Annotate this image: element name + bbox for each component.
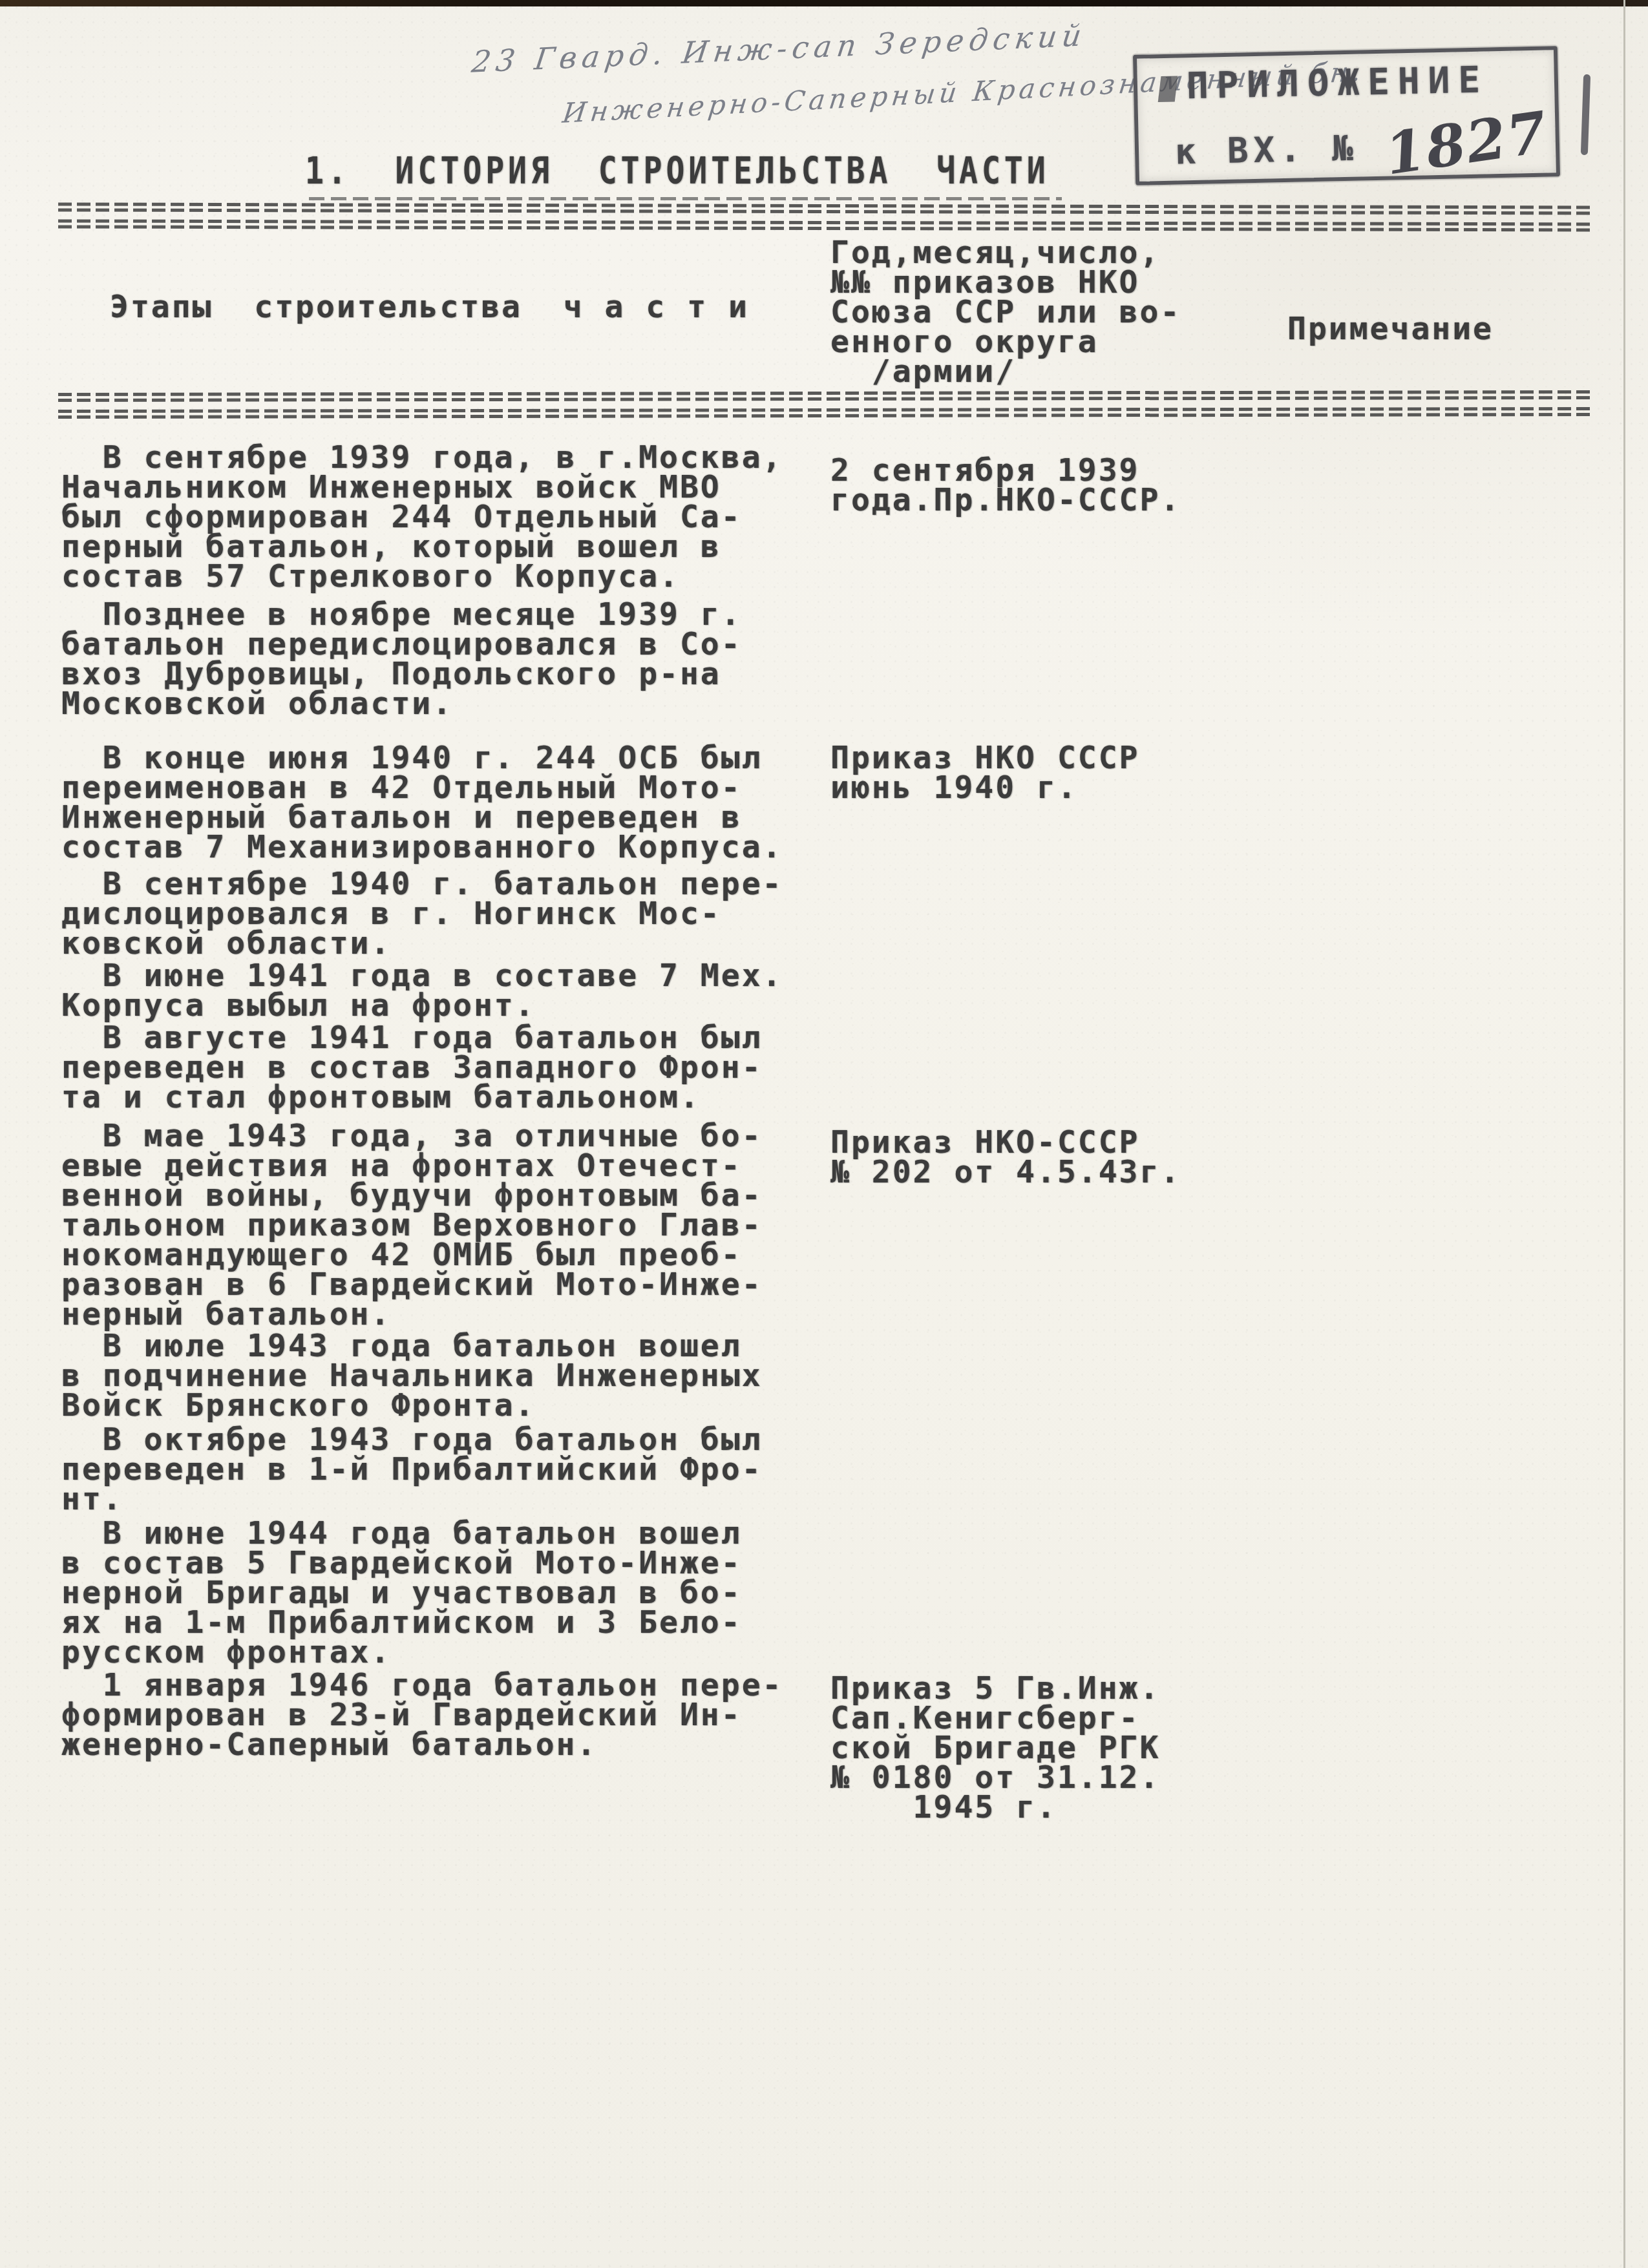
text-line: нокомандующего 42 ОМИБ был преоб-: [61, 1240, 763, 1270]
order-note-1945: Приказ 5 Гв.Инж.Сап.Кенигсберг-ской Бриг…: [830, 1674, 1160, 1822]
text-line: та и стал фронтовым батальоном.: [61, 1082, 763, 1112]
text-line: енного округа: [830, 327, 1181, 357]
text-line: В мае 1943 года, за отличные бо-: [61, 1121, 763, 1151]
text-line: батальон передислоцировался в Со-: [61, 629, 742, 659]
text-line: Корпуса выбыл на фронт.: [61, 991, 783, 1020]
text-line: июнь 1940 г.: [830, 773, 1139, 803]
text-line: в состав 5 Гвардейской Мото-Инже-: [61, 1548, 742, 1578]
stage-paragraph-1939-redeploy: Позднее в ноябре месяце 1939 г.батальон …: [61, 600, 742, 719]
text-line: нерный батальон.: [61, 1299, 763, 1329]
text-line: Приказ 5 Гв.Инж.: [830, 1674, 1160, 1703]
text-line: В июне 1944 года батальон вошел: [61, 1518, 742, 1548]
order-note-1940: Приказ НКО СССРиюнь 1940 г.: [830, 743, 1139, 803]
text-line: Инженерный батальон и переведен в: [61, 803, 783, 832]
text-line: состав 57 Стрелкового Корпуса.: [61, 562, 783, 591]
text-line: Московской области.: [61, 689, 742, 719]
text-line: нерной Бригады и участвовал в бо-: [61, 1578, 742, 1608]
text-line: № 0180 от 31.12.: [830, 1763, 1160, 1792]
text-line: Союза ССР или во-: [830, 297, 1181, 327]
stage-paragraph-1940-rename: В конце июня 1940 г. 244 ОСБ былпереимен…: [61, 743, 783, 862]
column-header-stages: Этапы строительства ч а с т и: [110, 292, 749, 322]
handwritten-annotation-line1: 23 Гвард. Инж-сап Зередский: [470, 17, 1089, 79]
text-line: дислоцировался в г. Ногинск Мос-: [61, 899, 783, 929]
text-line: В октябре 1943 года батальон был: [61, 1425, 763, 1454]
column-header-orders: Год,месяц,число,№№ приказов НКОСоюза ССР…: [830, 238, 1181, 386]
text-line: состав 7 Механизированного Корпуса.: [61, 832, 783, 862]
text-line: Начальником Инженерных войск МВО: [61, 472, 783, 502]
text-line: переименован в 42 Отдельный Мото-: [61, 773, 783, 803]
text-line: ях на 1-м Прибалтийском и 3 Бело-: [61, 1608, 742, 1637]
text-line: № 202 от 4.5.43г.: [830, 1157, 1181, 1187]
text-line: вхоз Дубровицы, Подольского р-на: [61, 659, 742, 689]
text-line: ковской области.: [61, 929, 783, 958]
stage-paragraph-1944-brigade: В июне 1944 года батальон вошелв состав …: [61, 1518, 742, 1667]
text-line: ской Бригаде РГК: [830, 1733, 1160, 1763]
text-line: формирован в 23-й Гвардейский Ин-: [61, 1700, 783, 1730]
text-line: В июне 1941 года в составе 7 Мех.: [61, 961, 783, 991]
text-line: венной войны, будучи фронтовым ба-: [61, 1181, 763, 1210]
text-line: 1945 г.: [830, 1792, 1160, 1822]
text-line: русском фронтах.: [61, 1637, 742, 1667]
text-line: В июле 1943 года батальон вошел: [61, 1331, 763, 1361]
text-line: женерно-Саперный батальон.: [61, 1730, 783, 1759]
separator-rule-header: [58, 390, 1593, 419]
text-line: года.Пр.НКО-СССР.: [830, 485, 1181, 515]
stage-paragraph-1941-western-front: В августе 1941 года батальон былпереведе…: [61, 1023, 763, 1112]
separator-rule-top: [58, 203, 1593, 232]
text-line: разован в 6 Гвардейский Мото-Инже-: [61, 1270, 763, 1299]
text-line: переведен в 1-й Прибалтийский Фро-: [61, 1454, 763, 1484]
scan-edge-strip: [0, 0, 1648, 6]
text-line: В сентябре 1939 года, в г.Москва,: [61, 443, 783, 472]
stamp-number-handwritten: 1827: [1381, 98, 1552, 188]
pen-mark: [1581, 74, 1590, 155]
stamp-prefix: к ВХ. №: [1174, 128, 1358, 173]
column-header-notes: Примечание: [1287, 314, 1494, 344]
text-line: В конце июня 1940 г. 244 ОСБ был: [61, 743, 783, 773]
stamp-number-line: к ВХ. № 1827: [1174, 102, 1556, 177]
text-line: /армии/: [830, 357, 1181, 386]
stamp-blotch-mark: [1158, 76, 1178, 102]
text-line: №№ приказов НКО: [830, 268, 1181, 297]
text-line: Приказ НКО-СССР: [830, 1128, 1181, 1157]
stage-paragraph-1943-guards: В мае 1943 года, за отличные бо-евые дей…: [61, 1121, 763, 1329]
stage-paragraph-1939-formation: В сентябре 1939 года, в г.Москва,Начальн…: [61, 443, 783, 591]
text-line: 1 января 1946 года батальон пере-: [61, 1670, 783, 1700]
text-line: евые действия на фронтах Отечест-: [61, 1151, 763, 1181]
stamp-title-line: ПРИЛОЖЕНИЕ: [1159, 58, 1554, 108]
stage-paragraph-1943-bryansk: В июле 1943 года батальон вошелв подчине…: [61, 1331, 763, 1420]
text-line: в подчинение Начальника Инженерных: [61, 1361, 763, 1391]
text-line: тальоном приказом Верховного Глав-: [61, 1210, 763, 1240]
text-line: В сентябре 1940 г. батальон пере-: [61, 869, 783, 899]
stage-paragraph-1940-noginsk: В сентябре 1940 г. батальон пере-дислоци…: [61, 869, 783, 958]
stamp-word: ПРИЛОЖЕНИЕ: [1186, 59, 1488, 107]
title-underline: [309, 197, 1062, 200]
text-line: В августе 1941 года батальон был: [61, 1023, 763, 1053]
document-title: 1. ИСТОРИЯ СТРОИТЕЛЬСТВА ЧАСТИ: [305, 150, 1050, 193]
text-line: Войск Брянского Фронта.: [61, 1391, 763, 1420]
incoming-number-stamp: ПРИЛОЖЕНИЕ к ВХ. № 1827: [1133, 46, 1560, 185]
text-line: Позднее в ноябре месяце 1939 г.: [61, 600, 742, 629]
text-line: переведен в состав Западного Фрон-: [61, 1053, 763, 1082]
stage-paragraph-1943-baltic: В октябре 1943 года батальон былпереведе…: [61, 1425, 763, 1514]
text-line: Год,месяц,число,: [830, 238, 1181, 268]
text-line: 2 сентября 1939: [830, 456, 1181, 485]
scan-artifact-line: [1623, 0, 1625, 2268]
text-line: Приказ НКО СССР: [830, 743, 1139, 773]
text-line: Сап.Кенигсберг-: [830, 1703, 1160, 1733]
order-note-1939: 2 сентября 1939года.Пр.НКО-СССР.: [830, 456, 1181, 515]
stage-paragraph-1941-front: В июне 1941 года в составе 7 Мех.Корпуса…: [61, 961, 783, 1020]
text-line: нт.: [61, 1484, 763, 1514]
text-line: был сформирован 244 Отдельный Са-: [61, 502, 783, 532]
text-line: перный батальон, который вошел в: [61, 532, 783, 562]
order-note-1943: Приказ НКО-СССР№ 202 от 4.5.43г.: [830, 1128, 1181, 1187]
scanned-document-page: 23 Гвард. Инж-сап Зередский Инженерно-Са…: [0, 0, 1648, 2268]
stage-paragraph-1946-reform: 1 января 1946 года батальон пере-формиро…: [61, 1670, 783, 1759]
